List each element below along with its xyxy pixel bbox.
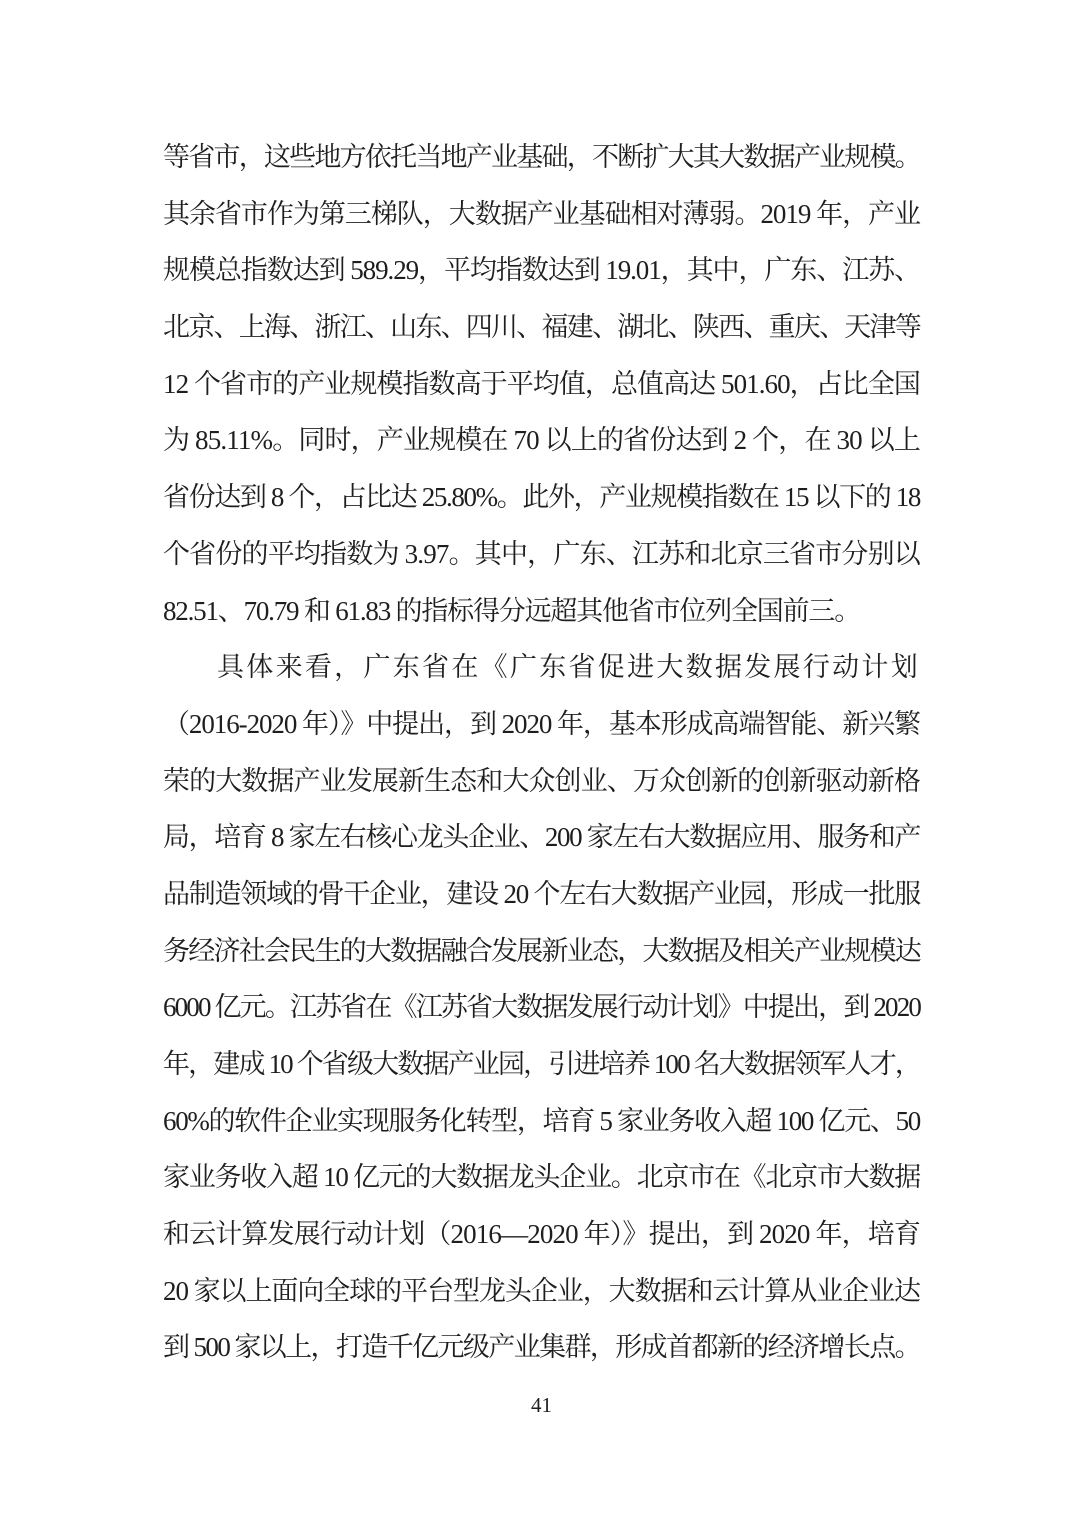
line-text: 等省市，这些地方依托当地产业基础，不断扩大其大数据产业规模。 <box>163 142 920 172</box>
line-text: 北京、上海、浙江、山东、四川、福建、湖北、陕西、重庆、天津等 <box>163 312 920 342</box>
line-text: 为 85.11%。同时，产业规模在 70 以上的省份达到 2 个，在 30 以上 <box>163 425 920 455</box>
text-line: 年，建成 10 个省级大数据产业园，引进培养 100 名大数据领军人才， <box>163 1036 920 1093</box>
text-line: 局，培育 8 家左右核心龙头企业、200 家左右大数据应用、服务和产 <box>163 809 920 866</box>
document-page: 等省市，这些地方依托当地产业基础，不断扩大其大数据产业规模。 其余省市作为第三梯… <box>0 0 1080 1527</box>
text-line: 省份达到 8 个，占比达 25.80%。此外，产业规模指数在 15 以下的 18 <box>163 469 920 526</box>
line-text: 60%的软件企业实现服务化转型，培育 5 家业务收入超 100 亿元、50 <box>163 1106 920 1136</box>
line-text: 家业务收入超 10 亿元的大数据龙头企业。北京市在《北京市大数据 <box>163 1162 920 1192</box>
text-line: 务经济社会民生的大数据融合发展新业态，大数据及相关产业规模达 <box>163 923 920 980</box>
line-text: 和云计算发展行动计划（2016—2020 年）》提出，到 2020 年，培育 <box>163 1219 920 1249</box>
text-line: 等省市，这些地方依托当地产业基础，不断扩大其大数据产业规模。 <box>163 129 920 186</box>
paragraph-2: 具体来看，广东省在《广东省促进大数据发展行动计划 （2016-2020 年）》中… <box>163 639 920 1376</box>
text-line: 其余省市作为第三梯队，大数据产业基础相对薄弱。2019 年，产业 <box>163 186 920 243</box>
line-text: 6000 亿元。江苏省在《江苏省大数据发展行动计划》中提出，到 2020 <box>163 992 920 1022</box>
text-line: （2016-2020 年）》中提出，到 2020 年，基本形成高端智能、新兴繁 <box>163 696 920 753</box>
text-line: 家业务收入超 10 亿元的大数据龙头企业。北京市在《北京市大数据 <box>163 1149 920 1206</box>
text-line: 到 500 家以上，打造千亿元级产业集群，形成首都新的经济增长点。 <box>163 1319 920 1376</box>
line-text: 82.51、70.79 和 61.83 的指标得分远超其他省市位列全国前三。 <box>163 596 860 626</box>
line-text: 其余省市作为第三梯队，大数据产业基础相对薄弱。2019 年，产业 <box>163 199 920 229</box>
line-text: 20 家以上面向全球的平台型龙头企业，大数据和云计算从业企业达 <box>163 1276 920 1306</box>
line-text: 局，培育 8 家左右核心龙头企业、200 家左右大数据应用、服务和产 <box>163 822 920 852</box>
line-text: 12 个省市的产业规模指数高于平均值，总值高达 501.60，占比全国 <box>163 369 920 399</box>
paragraph-1: 等省市，这些地方依托当地产业基础，不断扩大其大数据产业规模。 其余省市作为第三梯… <box>163 129 920 639</box>
line-text: 具体来看，广东省在《广东省促进大数据发展行动计划 <box>217 652 920 682</box>
line-text: 省份达到 8 个，占比达 25.80%。此外，产业规模指数在 15 以下的 18 <box>163 482 920 512</box>
text-line: 12 个省市的产业规模指数高于平均值，总值高达 501.60，占比全国 <box>163 356 920 413</box>
line-text: 务经济社会民生的大数据融合发展新业态，大数据及相关产业规模达 <box>163 936 920 966</box>
page-number: 41 <box>163 1377 920 1434</box>
line-text: （2016-2020 年）》中提出，到 2020 年，基本形成高端智能、新兴繁 <box>163 709 920 739</box>
text-line: 个省份的平均指数为 3.97。其中，广东、江苏和北京三省市分别以 <box>163 526 920 583</box>
line-text: 年，建成 10 个省级大数据产业园，引进培养 100 名大数据领军人才， <box>163 1049 920 1079</box>
text-line: 荣的大数据产业发展新生态和大众创业、万众创新的创新驱动新格 <box>163 753 920 810</box>
text-line: 20 家以上面向全球的平台型龙头企业，大数据和云计算从业企业达 <box>163 1263 920 1320</box>
line-text: 到 500 家以上，打造千亿元级产业集群，形成首都新的经济增长点。 <box>163 1332 920 1362</box>
line-text: 规模总指数达到 589.29，平均指数达到 19.01，其中，广东、江苏、 <box>163 255 920 285</box>
text-line: 60%的软件企业实现服务化转型，培育 5 家业务收入超 100 亿元、50 <box>163 1093 920 1150</box>
body-text: 等省市，这些地方依托当地产业基础，不断扩大其大数据产业规模。 其余省市作为第三梯… <box>163 129 920 1376</box>
text-line: 为 85.11%。同时，产业规模在 70 以上的省份达到 2 个，在 30 以上 <box>163 412 920 469</box>
text-line: 6000 亿元。江苏省在《江苏省大数据发展行动计划》中提出，到 2020 <box>163 979 920 1036</box>
line-text: 荣的大数据产业发展新生态和大众创业、万众创新的创新驱动新格 <box>163 766 920 796</box>
text-line: 品制造领域的骨干企业，建设 20 个左右大数据产业园，形成一批服 <box>163 866 920 923</box>
line-text: 个省份的平均指数为 3.97。其中，广东、江苏和北京三省市分别以 <box>163 539 920 569</box>
text-line: 北京、上海、浙江、山东、四川、福建、湖北、陕西、重庆、天津等 <box>163 299 920 356</box>
text-line: 82.51、70.79 和 61.83 的指标得分远超其他省市位列全国前三。 <box>163 583 920 640</box>
text-line: 具体来看，广东省在《广东省促进大数据发展行动计划 <box>163 639 920 696</box>
text-line: 和云计算发展行动计划（2016—2020 年）》提出，到 2020 年，培育 <box>163 1206 920 1263</box>
line-text: 品制造领域的骨干企业，建设 20 个左右大数据产业园，形成一批服 <box>163 879 920 909</box>
text-line: 规模总指数达到 589.29，平均指数达到 19.01，其中，广东、江苏、 <box>163 242 920 299</box>
